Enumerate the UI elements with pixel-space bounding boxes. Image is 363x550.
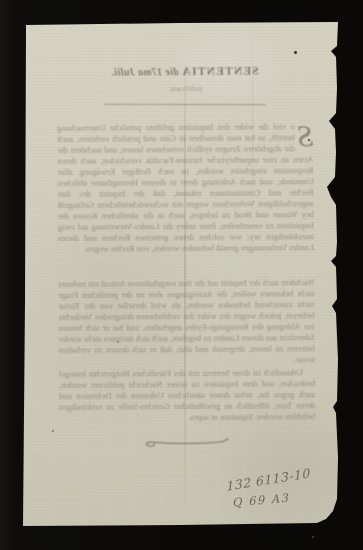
photo-background: SENTENTIA die 17ma Julii. publicata. So …: [0, 0, 363, 550]
paper-sheet: SENTENTIA die 17ma Julii. publicata. So …: [0, 0, 363, 550]
paper-edge-shading: [0, 0, 363, 550]
background-speck: [312, 536, 314, 538]
